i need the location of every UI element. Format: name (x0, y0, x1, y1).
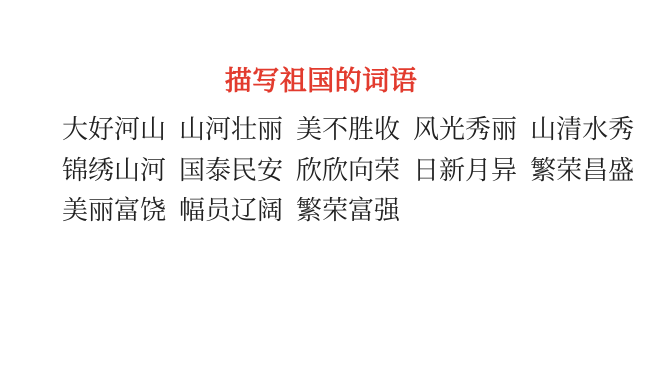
word-item: 山河壮丽 (179, 116, 283, 142)
word-item: 繁荣昌盛 (530, 157, 634, 183)
word-item: 欣欣向荣 (296, 157, 400, 183)
word-item: 锦绣山河 (62, 157, 166, 183)
word-item: 繁荣富强 (296, 197, 400, 223)
word-rows: 大好河山山河壮丽美不胜收风光秀丽山清水秀锦绣山河国泰民安欣欣向荣日新月异繁荣昌盛… (62, 109, 642, 231)
word-item: 幅员辽阔 (179, 197, 283, 223)
word-item: 大好河山 (62, 116, 166, 142)
word-item: 山清水秀 (530, 116, 634, 142)
word-item: 风光秀丽 (413, 116, 517, 142)
word-item: 日新月异 (413, 157, 517, 183)
word-item: 国泰民安 (179, 157, 283, 183)
word-row: 锦绣山河国泰民安欣欣向荣日新月异繁荣昌盛 (62, 150, 642, 191)
slide-page: { "page": { "background_color": "#ffffff… (0, 0, 668, 376)
page-title: 描写祖国的词语 (0, 68, 642, 95)
word-item: 美丽富饶 (62, 197, 166, 223)
word-row: 美丽富饶幅员辽阔繁荣富强 (62, 190, 642, 231)
word-row: 大好河山山河壮丽美不胜收风光秀丽山清水秀 (62, 109, 642, 150)
word-item: 美不胜收 (296, 116, 400, 142)
